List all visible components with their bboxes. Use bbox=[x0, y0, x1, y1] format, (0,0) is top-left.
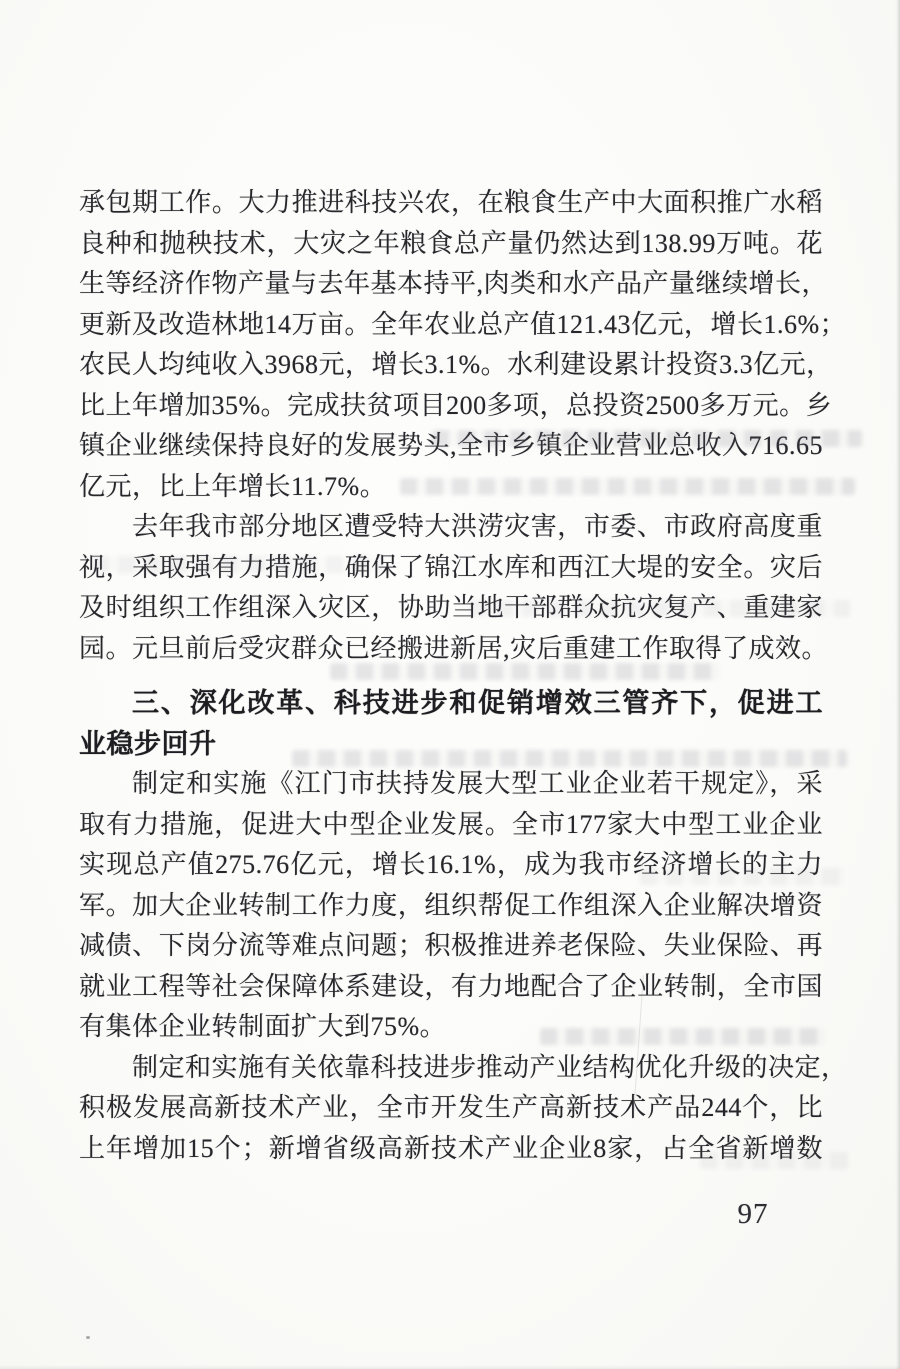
body-text-line: 更新及改造林地14万亩。全年农业总产值121.43亿元，增长1.6%； bbox=[79, 305, 823, 346]
body-text-line: 实现总产值275.76亿元，增长16.1%，成为我市经济增长的主力 bbox=[79, 845, 823, 886]
body-text-line: 上年增加15个；新增省级高新技术产业企业8家，占全省新增数 bbox=[79, 1129, 823, 1170]
body-text-line: 良种和抛秧技术，大灾之年粮食总产量仍然达到138.99万吨。花 bbox=[79, 224, 823, 265]
scanned-document-page: 承包期工作。大力推进科技兴农，在粮食生产中大面积推广水稻良种和抛秧技术，大灾之年… bbox=[0, 0, 900, 1369]
section-heading-line: 三、深化改革、科技进步和促销增效三管齐下，促进工 bbox=[79, 683, 823, 724]
scan-edge-right bbox=[895, 0, 900, 1369]
body-text-line: 比上年增加35%。完成扶贫项目200多项，总投资2500多万元。乡 bbox=[79, 386, 823, 427]
body-text-line: 镇企业继续保持良好的发展势头,全市乡镇企业营业总收入716.65 bbox=[79, 426, 823, 467]
body-text-line: 及时组织工作组深入灾区，协助当地干部群众抗灾复产、重建家 bbox=[79, 588, 823, 629]
body-text-line: 积极发展高新技术产业，全市开发生产高新技术产品244个，比 bbox=[79, 1088, 823, 1129]
page-number: 97 bbox=[718, 1198, 788, 1231]
body-text-line: 军。加大企业转制工作力度，组织帮促工作组深入企业解决增资 bbox=[79, 886, 823, 927]
body-text-line: 取有力措施，促进大中型企业发展。全市177家大中型工业企业 bbox=[79, 805, 823, 846]
body-text-line: 制定和实施《江门市扶持发展大型工业企业若干规定》，采 bbox=[79, 764, 823, 805]
body-text-line: 有集体企业转制面扩大到75%。 bbox=[79, 1007, 823, 1048]
body-text-line: 亿元，比上年增长11.7%。 bbox=[79, 467, 823, 508]
body-text-line: 承包期工作。大力推进科技兴农，在粮食生产中大面积推广水稻 bbox=[79, 183, 823, 224]
body-text-line: 园。元旦前后受灾群众已经搬进新居,灾后重建工作取得了成效。 bbox=[79, 629, 823, 670]
body-text-line: 生等经济作物产量与去年基本持平,肉类和水产品产量继续增长， bbox=[79, 264, 823, 305]
body-text-line: 去年我市部分地区遭受特大洪涝灾害，市委、市政府高度重 bbox=[79, 507, 823, 548]
section-heading-line: 业稳步回升 bbox=[79, 724, 823, 765]
body-text-line: 制定和实施有关依靠科技进步推动产业结构优化升级的决定， bbox=[79, 1048, 823, 1089]
scan-edge-bottom bbox=[0, 1365, 900, 1369]
ink-speck bbox=[86, 1336, 90, 1339]
body-text-line: 就业工程等社会保障体系建设，有力地配合了企业转制，全市国 bbox=[79, 967, 823, 1008]
body-text-line: 减债、下岗分流等难点问题；积极推进养老保险、失业保险、再 bbox=[79, 926, 823, 967]
body-text-block: 承包期工作。大力推进科技兴农，在粮食生产中大面积推广水稻良种和抛秧技术，大灾之年… bbox=[79, 183, 823, 1169]
body-text-line: 视，采取强有力措施，确保了锦江水库和西江大堤的安全。灾后 bbox=[79, 548, 823, 589]
body-text-line: 农民人均纯收入3968元，增长3.1%。水利建设累计投资3.3亿元， bbox=[79, 345, 823, 386]
